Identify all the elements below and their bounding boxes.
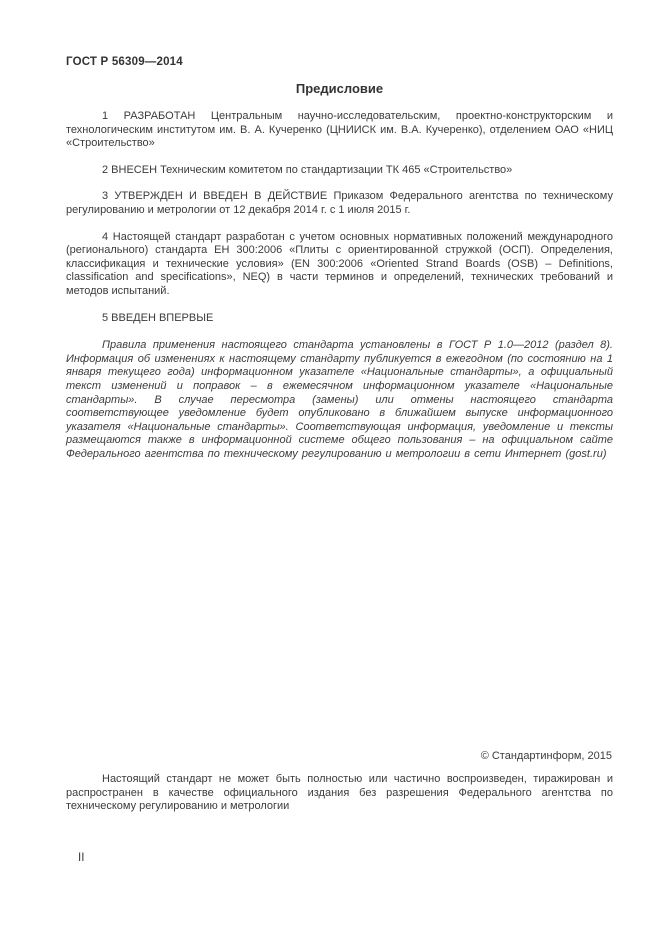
foreword-paragraph-2: 2 ВНЕСЕН Техническим комитетом по станда… (66, 164, 613, 178)
foreword-paragraph-5: 5 ВВЕДЕН ВПЕРВЫЕ (66, 312, 613, 326)
reproduction-notice: Настоящий стандарт не может быть полност… (66, 773, 613, 814)
document-number: ГОСТ Р 56309—2014 (66, 56, 613, 68)
page-number: II (78, 852, 84, 864)
foreword-paragraph-3: 3 УТВЕРЖДЕН И ВВЕДЕН В ДЕЙСТВИЕ Приказом… (66, 190, 613, 217)
foreword-paragraph-4: 4 Настоящей стандарт разработан с учетом… (66, 231, 613, 299)
page-content: ГОСТ Р 56309—2014 Предисловие 1 РАЗРАБОТ… (66, 56, 613, 461)
page-title: Предисловие (66, 81, 613, 96)
document-page: ГОСТ Р 56309—2014 Предисловие 1 РАЗРАБОТ… (0, 0, 661, 936)
copyright-line: © Стандартинформ, 2015 (481, 750, 612, 762)
foreword-paragraph-1: 1 РАЗРАБОТАН Центральным научно-исследов… (66, 110, 613, 151)
foreword-application-note: Правила применения настоящего стандарта … (66, 339, 613, 461)
